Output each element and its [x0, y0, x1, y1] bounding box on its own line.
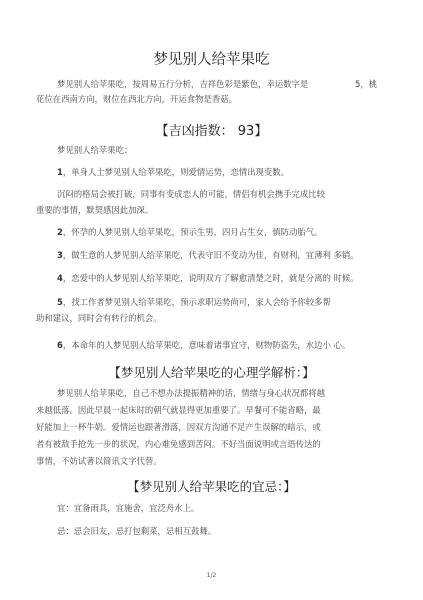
page-number: 1/2 [0, 572, 423, 579]
list-item-2: 2，怀孕的人梦见别人给苹果吃，预示生男，四月占生女，慎防动胎气。 [57, 227, 322, 237]
list-item-6: 6，本命年的人梦见别人给苹果吃，意味着诸事宜守，财物防盗失，水边小 心。 [57, 340, 350, 350]
list-item-3: 3，做生意的人梦见别人给苹果吃，代表守旧不变动为佳，有财利，宜薄利 多销。 [57, 250, 359, 260]
list-item-1: 1，单身人士梦见别人给苹果吃，则爱情运势，恋情出现变数。 [57, 167, 289, 177]
dream-label: 梦见别人给苹果吃： [57, 145, 132, 155]
yiji-heading: 【梦见别人给苹果吃的宜忌：】 [0, 477, 423, 495]
list-item-4: 4，恋爱中的人梦见别人给苹果吃，说明双方了解愈清楚之时，就是分离的 时候。 [57, 273, 359, 283]
list-item-1-detail-cont: 重要的事情，默契感因此加深。 [36, 205, 153, 215]
ji-line: 忌：忌会旧友，忌打包剩菜，忌相互鼓舞。 [57, 526, 216, 536]
psych-line-2: 来越低落。因此早晨一起床时的朝气就显得更加重要了。早餐可不能省略，最 [36, 405, 321, 415]
item-text: ，找工作者梦见别人给苹果吃，预示求职运势尚可，家人会给予你较多帮 [63, 297, 331, 307]
fortune-index-heading: 【吉凶指数： 93】 [0, 120, 423, 139]
intro-lucky-number: 5，桃 [355, 79, 377, 89]
psychology-heading: 【梦见别人给苹果吃的心理学解析：】 [0, 363, 423, 381]
yi-line: 宜：宜备雨具，宜施舍，宜泛舟水上。 [57, 503, 199, 513]
intro-line-1: 梦见别人给苹果吃，按周易五行分析，吉祥色彩是紫色，幸运数字是 [57, 79, 308, 89]
item-text: ，做生意的人梦见别人给苹果吃，代表守旧不变动为佳，有财利，宜薄利 多销。 [63, 250, 359, 260]
intro-line-2: 花位在西南方向，财位在西北方向，开运食物是香菇。 [36, 94, 237, 104]
list-item-1-detail: 沉闷的格局会被打破，同事有变成恋人的可能，情侣有机会携手完成比较 [57, 189, 325, 199]
psych-line-1: 梦见别人给苹果吃，自己不想办法提振精神的话，情绪与身心状况都将越 [57, 388, 325, 398]
list-item-5: 5，找工作者梦见别人给苹果吃，预示求职运势尚可，家人会给予你较多帮 [57, 297, 331, 307]
item-text: ，恋爱中的人梦见别人给苹果吃，说明双方了解愈清楚之时，就是分离的 时候。 [63, 273, 359, 283]
item-text: ，单身人士梦见别人给苹果吃，则爱情运势，恋情出现变数。 [63, 167, 289, 177]
psych-line-3: 好能加上一杯牛奶。爱情运也跟著滑落，因双方沟通不足产生误解的暗示，或 [36, 422, 321, 432]
list-item-5-cont: 助和建议，同时会有转行的机会。 [36, 313, 162, 323]
item-text: ，怀孕的人梦见别人给苹果吃，预示生男，四月占生女，慎防动胎气。 [63, 227, 323, 237]
page-title: 梦见别人给苹果吃 [0, 48, 423, 69]
item-text: ，本命年的人梦见别人给苹果吃，意味着诸事宜守，财物防盗失，水边小 心。 [63, 340, 350, 350]
intro-text: 梦见别人给苹果吃，按周易五行分析，吉祥色彩是紫色，幸运数字是 [57, 79, 308, 89]
psych-line-5: 事情，不妨试著以简讯文字代替。 [36, 456, 162, 466]
psych-line-4: 者有被敌手抢先一步的状况，内心难免感到苦闷。不好当面说明或言语传达的 [36, 439, 321, 449]
